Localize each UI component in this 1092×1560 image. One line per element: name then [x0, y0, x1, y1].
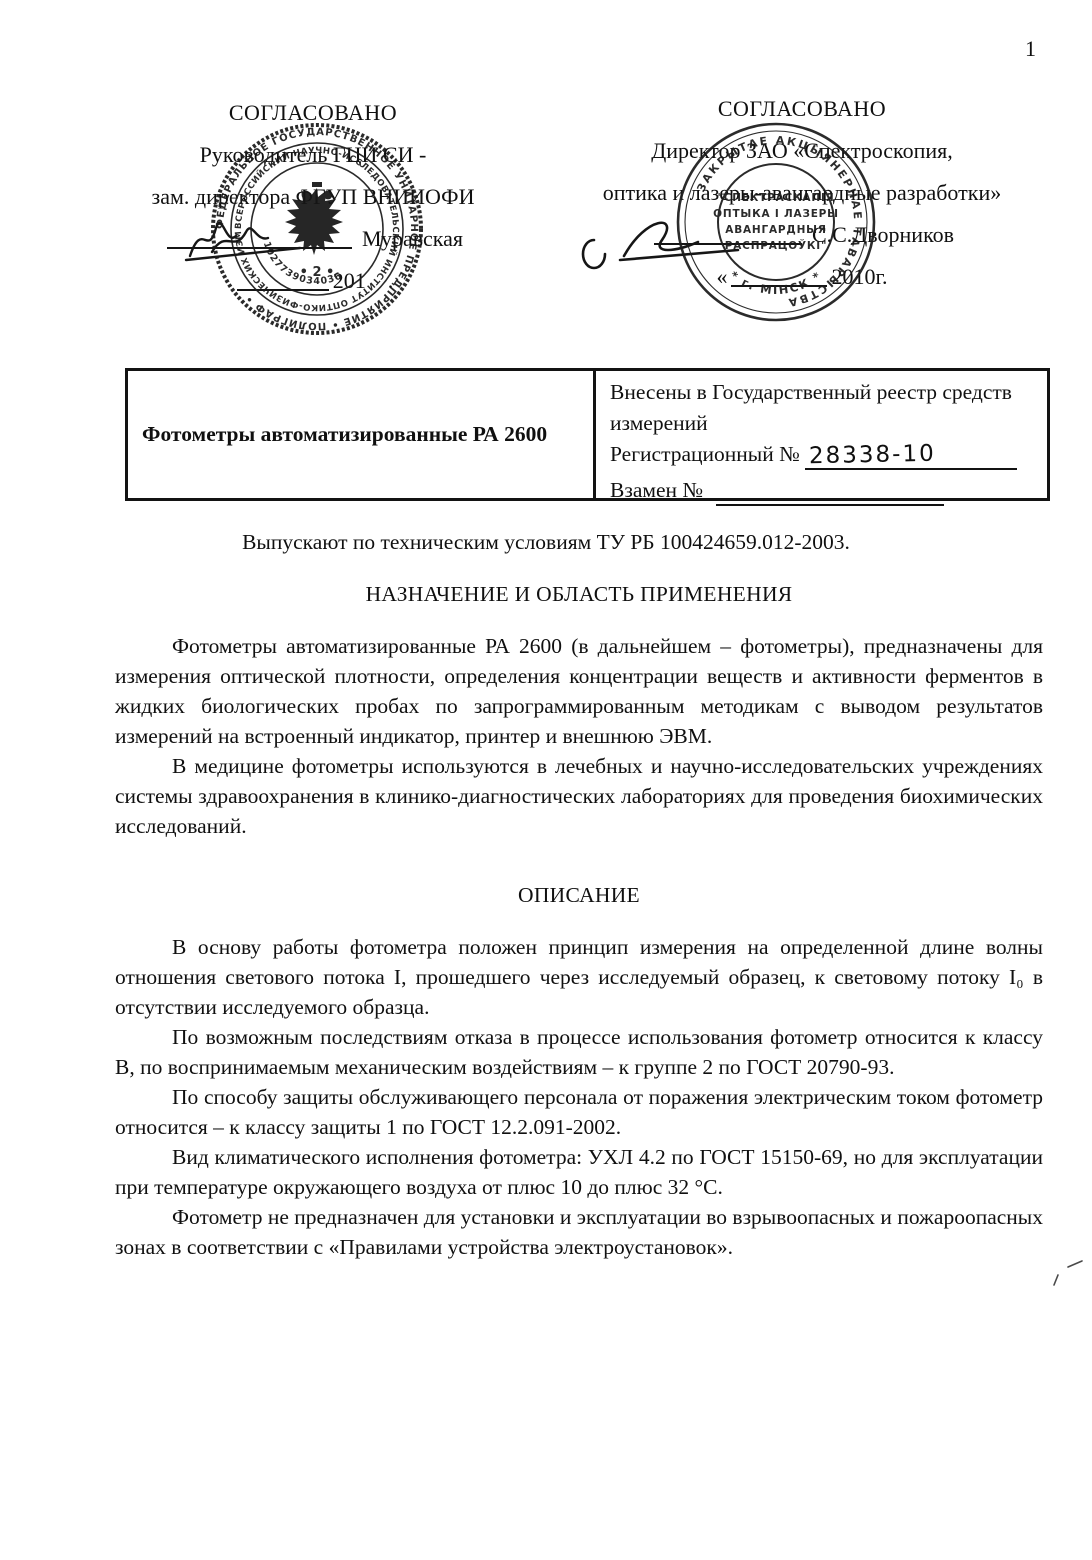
- technical-conditions-line: Выпускают по техническим условиям ТУ РБ …: [0, 530, 1092, 555]
- document-page: 1 СОГЛАСОВАНО Руководитель ГЦИ СИ - зам.…: [0, 0, 1092, 1560]
- section-purpose: НАЗНАЧЕНИЕ И ОБЛАСТЬ ПРИМЕНЕНИЯ Фотометр…: [115, 582, 1043, 841]
- round-stamp-vniiofi: ФЕДЕРАЛЬНОЕ ГОСУДАРСТВЕННОЕ УНИТАРНОЕ ПР…: [206, 118, 428, 340]
- registry-entry-text: Внесены в Государственный реестр средств…: [610, 377, 1035, 439]
- svg-text:ЗАКРЫТАЕ АКЦЫЯНЕРНАЕ ТАВАРЫСТВ: ЗАКРЫТАЕ АКЦЫЯНЕРНАЕ ТАВАРЫСТВА: [695, 134, 865, 309]
- stamp-inner-line: "СПЕКТРАСКАПІЯ: [717, 192, 834, 204]
- paragraph: В основу работы фотометра положен принци…: [115, 932, 1043, 1022]
- stamp-ogrn-number: 1027739034036: [261, 240, 344, 287]
- replacement-number-underline: [716, 480, 944, 506]
- registry-table: Фотометры автоматизированные РА 2600 Вне…: [125, 368, 1050, 501]
- scan-pen-marks: [1040, 1255, 1086, 1299]
- stamp-inner-line: РАСПРАЦОЎКІ": [725, 239, 827, 252]
- stamp-center-mark: • 2 •: [300, 265, 335, 280]
- paragraph: В медицине фотометры используются в лече…: [115, 751, 1043, 841]
- paragraph: Фотометры автоматизированные РА 2600 (в …: [115, 631, 1043, 751]
- section-heading: НАЗНАЧЕНИЕ И ОБЛАСТЬ ПРИМЕНЕНИЯ: [115, 582, 1043, 607]
- stamp-ring-top-text: ЗАКРЫТАЕ АКЦЫЯНЕРНАЕ ТАВАРЫСТВА: [695, 134, 865, 309]
- document-sections: НАЗНАЧЕНИЕ И ОБЛАСТЬ ПРИМЕНЕНИЯ Фотометр…: [115, 582, 1043, 1262]
- page-number: 1: [1025, 36, 1036, 62]
- stamp-inner-line: ОПТЫКА І ЛАЗЕРЫ: [713, 208, 839, 220]
- replacement-label: Взамен №: [610, 478, 703, 502]
- paragraph: По возможным последствиям отказа в проце…: [115, 1022, 1043, 1082]
- registration-label: Регистрационный №: [610, 442, 800, 466]
- registry-entry-cell: Внесены в Государственный реестр средств…: [596, 371, 1047, 498]
- registration-number-value: 28338-10: [805, 441, 936, 470]
- section-heading: ОПИСАНИЕ: [115, 883, 1043, 908]
- stamp-inner-line: АВАНГАРДНЫЯ: [725, 224, 826, 236]
- section-description: ОПИСАНИЕ В основу работы фотометра полож…: [115, 883, 1043, 1262]
- replacement-number-row: Взамен №: [610, 475, 1035, 506]
- paragraph: Фотометр не предназначен для установки и…: [115, 1202, 1043, 1262]
- paragraph: По способу защиты обслуживающего персона…: [115, 1082, 1043, 1142]
- paragraph: Вид климатического исполнения фотометра:…: [115, 1142, 1043, 1202]
- registration-number-row: Регистрационный № 28338-10: [610, 439, 1035, 470]
- product-name-cell: Фотометры автоматизированные РА 2600: [128, 371, 596, 498]
- double-headed-eagle-icon: [285, 182, 343, 255]
- round-stamp-spektraskapiya: ЗАКРЫТАЕ АКЦЫЯНЕРНАЕ ТАВАРЫСТВА * г. МІН…: [670, 116, 882, 328]
- registration-number-underline: 28338-10: [805, 442, 1017, 470]
- svg-text:1027739034036: 1027739034036: [261, 240, 344, 287]
